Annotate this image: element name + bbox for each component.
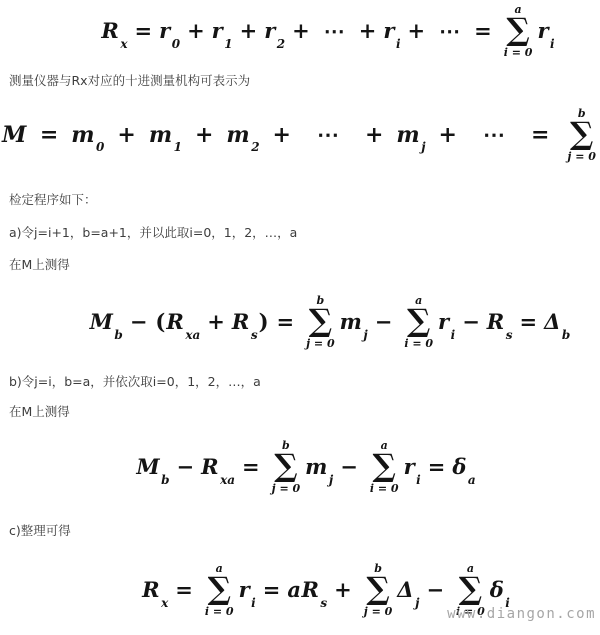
math-variable: m2	[226, 122, 259, 148]
math-operator: −	[426, 577, 444, 602]
math-operator: =	[135, 18, 153, 43]
math-operator: +	[365, 122, 383, 148]
summation-symbol: b∑j = 0	[364, 563, 393, 617]
math-variable: Rs	[232, 309, 258, 334]
math-variable: r2	[264, 18, 285, 43]
step-b-text: b)令j=i，b=a，并依次取i=0，1，2，…，a	[9, 374, 261, 390]
intro-text: 测量仪器与Rx对应的十进测量机构可表示为	[9, 73, 250, 89]
math-variable: δi	[490, 577, 510, 602]
math-variable: δa	[452, 454, 475, 479]
formula-mb-minus-rxa: Mb−Rxa=b∑j = 0mj−a∑i = 0ri=δa	[6, 430, 600, 504]
math-variable: aRs	[287, 577, 327, 602]
math-operator: +	[187, 18, 205, 43]
math-variable: Mb	[90, 309, 123, 334]
math-operator: +	[195, 122, 213, 148]
math-variable: Δj	[397, 577, 419, 602]
math-operator: +	[334, 577, 352, 602]
math-variable: M	[2, 122, 27, 148]
math-operator: =	[175, 577, 193, 602]
math-operator: =	[520, 309, 538, 334]
math-operator: +	[273, 122, 291, 148]
math-variable: mj	[396, 122, 425, 148]
math-delimiter: (	[155, 309, 165, 334]
math-operator: =	[428, 454, 446, 479]
math-operator: +	[359, 18, 377, 43]
summation-symbol: a∑i = 0	[205, 563, 234, 617]
math-operator: +	[207, 309, 225, 334]
math-operator: +	[240, 18, 258, 43]
math-variable: r0	[159, 18, 180, 43]
summation-symbol: b∑j = 0	[306, 295, 335, 349]
math-delimiter: )	[259, 309, 269, 334]
formula-rx-series: Rx=r0+r1+r2+⋯+ri+⋯=a∑i = 0ri	[28, 0, 600, 62]
math-operator: −	[177, 454, 195, 479]
math-operator: −	[340, 454, 358, 479]
math-operator: +	[292, 18, 310, 43]
math-operator: =	[242, 454, 260, 479]
step-c-text: c)整理可得	[9, 523, 71, 539]
math-variable: Rx	[101, 18, 127, 43]
measured-on-m-text-2: 在M上测得	[9, 404, 70, 420]
math-operator: =	[263, 577, 281, 602]
math-variable: Rs	[487, 309, 513, 334]
formula-m-series: M=m0+m1+m2+⋯+mj+⋯=b∑j = 0mj	[16, 100, 600, 170]
formula-mb-minus-rxa-rs: Mb−(Rxa+Rs)=b∑j = 0mj−a∑i = 0ri−Rs=Δb	[30, 286, 600, 358]
math-variable: m0	[71, 122, 104, 148]
math-variable: Rxa	[201, 454, 235, 479]
math-variable: r1	[212, 18, 233, 43]
math-operator: −	[130, 309, 148, 334]
math-operator: +	[117, 122, 135, 148]
math-variable: Rxa	[166, 309, 200, 334]
math-variable: ri	[404, 454, 421, 479]
math-operator: +	[408, 18, 426, 43]
math-variable: Δb	[544, 309, 570, 334]
procedure-heading: 检定程序如下：	[9, 192, 97, 208]
watermark: www.diangon.com	[447, 606, 596, 622]
math-variable: m1	[149, 122, 182, 148]
math-variable: Mb	[136, 454, 169, 479]
math-operator: ⋯	[317, 122, 339, 148]
summation-symbol: b∑j = 0	[567, 108, 596, 162]
summation-symbol: a∑i = 0	[404, 295, 433, 349]
math-variable: Rx	[142, 577, 168, 602]
math-operator: =	[474, 18, 492, 43]
measured-on-m-text-1: 在M上测得	[9, 257, 70, 273]
math-operator: −	[375, 309, 393, 334]
math-variable: mj	[340, 309, 368, 334]
math-variable: mj	[305, 454, 333, 479]
math-operator: =	[531, 122, 549, 148]
math-operator: ⋯	[439, 18, 460, 43]
math-operator: +	[439, 122, 457, 148]
math-operator: ⋯	[324, 18, 345, 43]
summation-symbol: a∑i = 0	[504, 4, 533, 58]
summation-symbol: b∑j = 0	[272, 440, 301, 494]
math-variable: ri	[438, 309, 455, 334]
math-operator: =	[40, 122, 58, 148]
math-operator: −	[462, 309, 480, 334]
document-page: Rx=r0+r1+r2+⋯+ri+⋯=a∑i = 0ri 测量仪器与Rx对应的十…	[0, 0, 600, 635]
math-variable: ri	[383, 18, 400, 43]
summation-symbol: a∑i = 0	[370, 440, 399, 494]
math-variable: ri	[239, 577, 256, 602]
math-operator: ⋯	[483, 122, 505, 148]
math-operator: =	[277, 309, 295, 334]
math-variable: ri	[537, 18, 554, 43]
step-a-text: a)令j=i+1，b=a+1，并以此取i=0，1，2，…，a	[9, 225, 297, 241]
